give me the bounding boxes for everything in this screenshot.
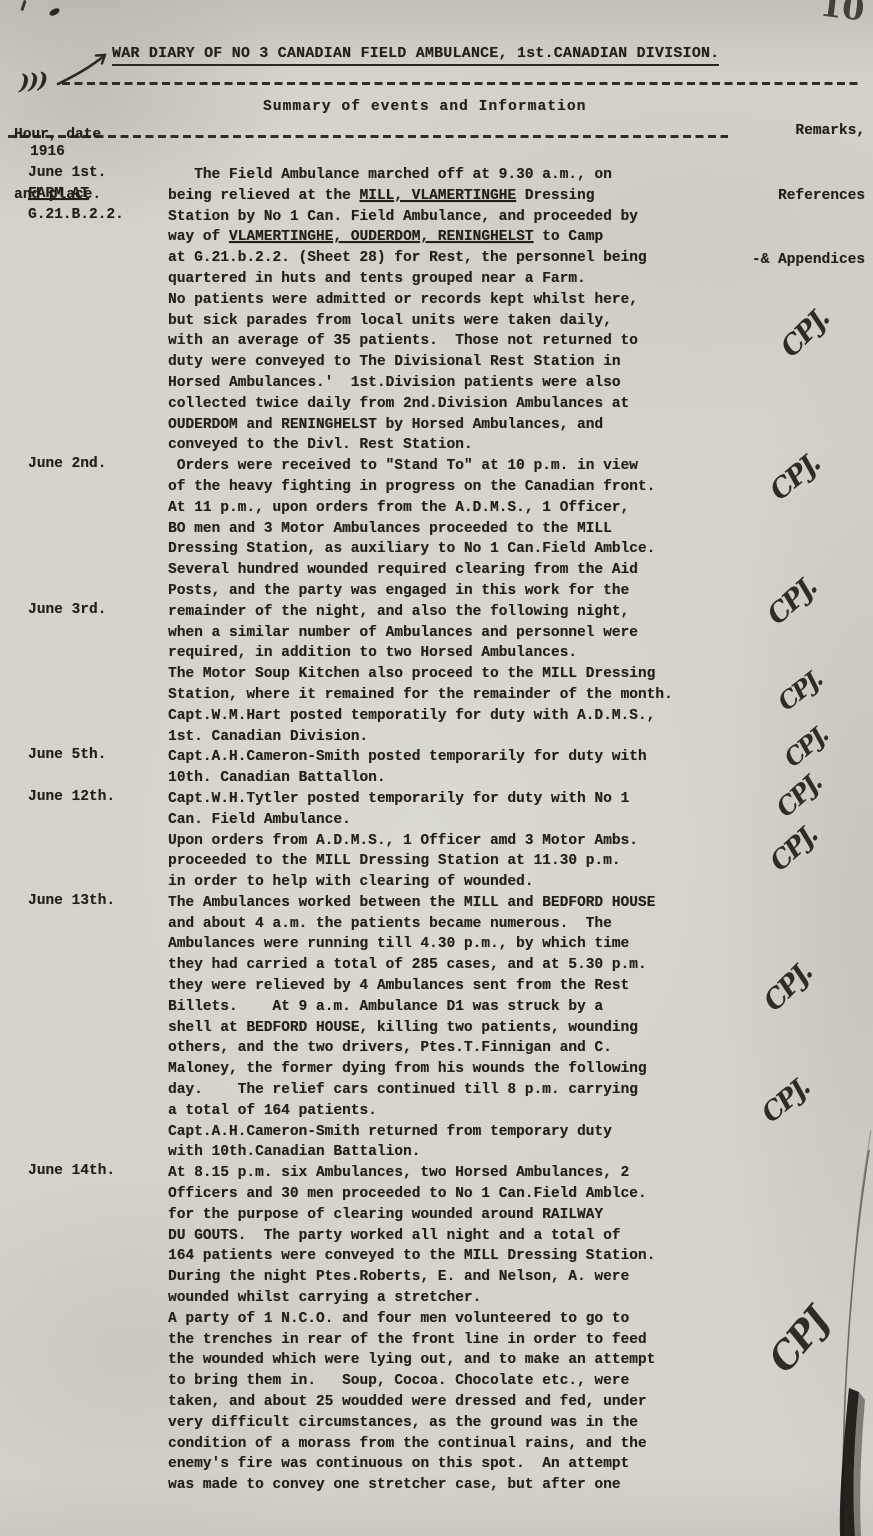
body-line: 10th. Canadian Battallon. <box>168 768 728 789</box>
handwritten-initials: CPJ. <box>772 665 827 717</box>
dashed-rule-top <box>62 82 862 85</box>
page-title: WAR DIARY OF NO 3 CANADIAN FIELD AMBULAN… <box>112 45 719 66</box>
body-line: Officers and 30 men proceeded to No 1 Ca… <box>168 1184 728 1205</box>
diary-date-label: June 1st. <box>28 165 106 181</box>
body-line: The Motor Soup Kitchen also proceed to t… <box>168 664 728 685</box>
diary-date-label: June 5th. <box>28 747 106 763</box>
header-line: -& Appendices <box>752 250 865 272</box>
body-line: Ambulances were running till 4.30 p.m., … <box>168 934 728 955</box>
handwritten-initials: CPJ. <box>765 821 823 878</box>
body-line: being relieved at the MILL, VLAMERTINGHE… <box>168 186 728 207</box>
body-line: The Ambulances worked between the MILL a… <box>168 893 728 914</box>
body-line: Horsed Ambulances.' 1st.Division patient… <box>168 373 728 394</box>
body-line: Can. Field Ambulance. <box>168 810 728 831</box>
diary-date-label: G.21.B.2.2. <box>28 207 124 223</box>
diary-date-label: FARM AT <box>28 186 89 202</box>
body-line: Billets. At 9 a.m. Ambulance D1 was stru… <box>168 997 728 1018</box>
handwritten-initials: CPJ. <box>778 720 833 772</box>
diary-date-label: June 14th. <box>28 1163 115 1179</box>
header-line: Hour, date <box>14 125 101 145</box>
body-line: they had carried a total of 285 cases, a… <box>168 955 728 976</box>
diary-date-label: June 2nd. <box>28 456 106 472</box>
body-line: The Field Ambulance marched off at 9.30 … <box>168 165 728 186</box>
body-line: duty were conveyed to The Divisional Res… <box>168 352 728 373</box>
body-line: OUDERDOM and RENINGHELST by Horsed Ambul… <box>168 415 728 436</box>
body-line: 1st. Canadian Division. <box>168 727 728 748</box>
body-line: wounded whilst carrying a stretcher. <box>168 1288 728 1309</box>
body-line: Capt.W.M.Hart posted temporatily for dut… <box>168 706 728 727</box>
body-line: the wounded which were lying out, and to… <box>168 1350 728 1371</box>
diary-page: { "page": { "page_number": "10", "title"… <box>0 0 873 1536</box>
body-line: 164 patients were conveyed to the MILL D… <box>168 1246 728 1267</box>
body-line: Station by No 1 Can. Field Ambulance, an… <box>168 207 728 228</box>
body-line: At 11 p.m., upon orders from the A.D.M.S… <box>168 498 728 519</box>
body-line: No patients were admitted or records kep… <box>168 290 728 311</box>
body-line: During the night Ptes.Roberts, E. and Ne… <box>168 1267 728 1288</box>
body-line: others, and the two drivers, Ptes.T.Finn… <box>168 1038 728 1059</box>
body-line: Maloney, the former dying from his wound… <box>168 1059 728 1080</box>
body-line: the trenches in rear of the front line i… <box>168 1330 728 1351</box>
ink-speck <box>48 7 61 18</box>
body-line: taken, and about 25 woudded were dressed… <box>168 1392 728 1413</box>
handwritten-initials: CPJ. <box>758 957 818 1017</box>
diary-date-label: June 13th. <box>28 893 115 909</box>
body-line: when a similar number of Ambulances and … <box>168 623 728 644</box>
body-line: and about 4 a.m. the patients became num… <box>168 914 728 935</box>
body-line: at G.21.b.2.2. (Sheet 28) for Rest, the … <box>168 248 728 269</box>
body-line: Station, where it remained for the remai… <box>168 685 728 706</box>
year-label: 1916 <box>30 144 65 160</box>
body-line: in order to help with clearing of wounde… <box>168 872 728 893</box>
column-header-remarks: Remarks, References -& Appendices <box>752 78 865 293</box>
body-line: Posts, and the party was engaged in this… <box>168 581 728 602</box>
body-line: of the heavy fighting in progress on the… <box>168 477 728 498</box>
body-line: collected twice daily from 2nd.Division … <box>168 394 728 415</box>
body-line: way of VLAMERTINGHE, OUDERDOM, RENINGHEL… <box>168 227 728 248</box>
body-line: At 8.15 p.m. six Ambulances, two Horsed … <box>168 1163 728 1184</box>
body-line: quartered in huts and tents grouped near… <box>168 269 728 290</box>
body-line: they were relieved by 4 Ambulances sent … <box>168 976 728 997</box>
body-line: remainder of the night, and also the fol… <box>168 602 728 623</box>
body-line: but sick parades from local units were t… <box>168 311 728 332</box>
body-line: was made to convey one stretcher case, b… <box>168 1475 728 1496</box>
page-edge-shadow <box>803 1100 873 1536</box>
body-line: DU GOUTS. The party worked all night and… <box>168 1226 728 1247</box>
handwritten-initials: CPJ. <box>771 768 827 823</box>
body-line: enemy's fire was continuous on this spot… <box>168 1454 728 1475</box>
body-line: Orders were received to "Stand To" at 10… <box>168 456 728 477</box>
body-line: A party of 1 N.C.O. and four men volunte… <box>168 1309 728 1330</box>
body-line: Capt.A.H.Cameron-Smith posted temporaril… <box>168 747 728 768</box>
body-line: with 10th.Canadian Battalion. <box>168 1142 728 1163</box>
body-lines: The Field Ambulance marched off at 9.30 … <box>168 165 728 1496</box>
diary-date-label: June 12th. <box>28 789 115 805</box>
body-line: required, in addition to two Horsed Ambu… <box>168 643 728 664</box>
column-header-summary: Summary of events and Information <box>263 97 586 117</box>
handwritten-initials: CPJ. <box>775 303 835 363</box>
body-line: Upon orders from A.D.M.S., 1 Officer amd… <box>168 831 728 852</box>
body-line: condition of a morass from the continual… <box>168 1434 728 1455</box>
body-line: a total of 164 patients. <box>168 1101 728 1122</box>
body-line: proceeded to the MILL Dressing Station a… <box>168 851 728 872</box>
ink-speck <box>20 0 26 11</box>
header-line: References <box>752 186 865 208</box>
dashed-rule-header <box>8 135 728 138</box>
body-line: Dressing Station, as auxiliary to No 1 C… <box>168 539 728 560</box>
handwritten-initials: CPJ. <box>762 572 823 631</box>
body-line: BO men and 3 Motor Ambulances proceeded … <box>168 519 728 540</box>
page-number: 10 <box>818 0 867 29</box>
header-line: Remarks, <box>752 121 865 143</box>
body-line: to bring them in. Soup, Cocoa. Chocolate… <box>168 1371 728 1392</box>
body-line: Several hundred wounded required clearin… <box>168 560 728 581</box>
body-line: Capt.A.H.Cameron-Smith returned from tem… <box>168 1122 728 1143</box>
body-line: Capt.W.H.Tytler posted temporarily for d… <box>168 789 728 810</box>
body-line: shell at BEDFORD HOUSE, killing two pati… <box>168 1018 728 1039</box>
handwritten-initials: CPJ. <box>764 448 825 506</box>
diary-date-label: June 3rd. <box>28 602 106 618</box>
body-line: very difficult circumstances, as the gro… <box>168 1413 728 1434</box>
body-line: for the purpose of clearing wounded arou… <box>168 1205 728 1226</box>
body-line: conveyed to the Divl. Rest Station. <box>168 435 728 456</box>
body-line: with an average of 35 patients. Those no… <box>168 331 728 352</box>
body-line: day. The relief cars continued till 8 p.… <box>168 1080 728 1101</box>
